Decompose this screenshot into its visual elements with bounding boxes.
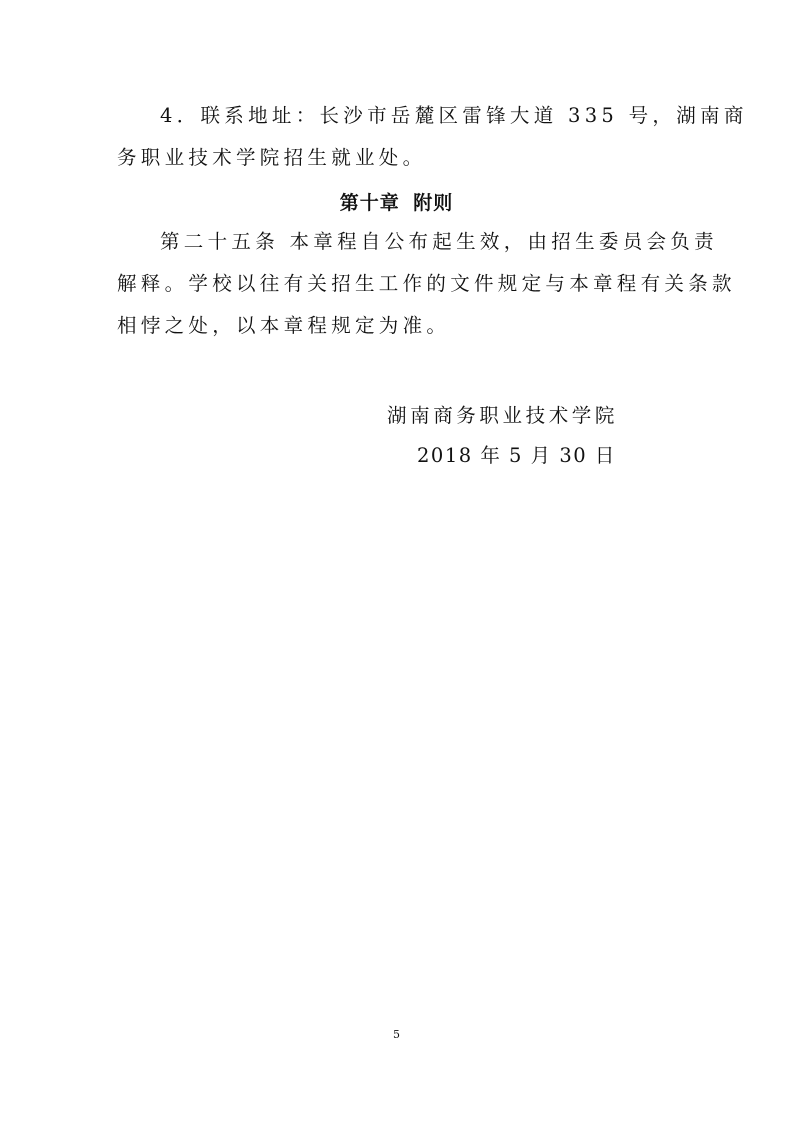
page-number: 5: [0, 1028, 793, 1041]
article-25-line-2: 解释。学校以往有关招生工作的文件规定与本章程有关条款: [117, 272, 687, 296]
signature-date: 2018 年 5 月 30 日: [417, 440, 616, 468]
article-25-line-3: 相悖之处，以本章程规定为准。: [117, 314, 687, 338]
chapter-heading: 第十章 附则: [0, 188, 793, 215]
contact-address-line-2: 务职业技术学院招生就业处。: [117, 146, 687, 170]
signature-institution: 湖南商务职业技术学院: [387, 400, 618, 428]
article-25-line-1: 第二十五条 本章程自公布起生效，由招生委员会负责: [160, 230, 730, 254]
contact-address-line-1: 4．联系地址：长沙市岳麓区雷锋大道 335 号，湖南商: [160, 104, 730, 128]
